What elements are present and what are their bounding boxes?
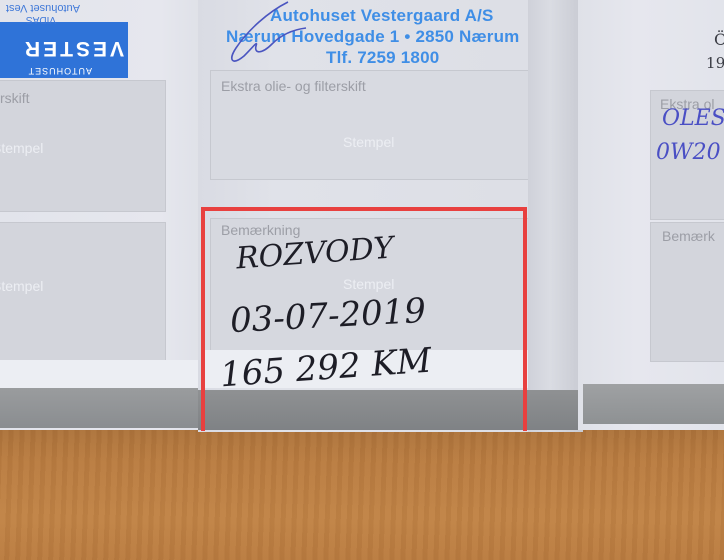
stamp-placeholder-1: Stempel	[343, 134, 394, 150]
left-page-margin	[0, 360, 200, 388]
dealer-logo-tag: VIDAS	[26, 14, 56, 25]
dealer-stamp-phone: Tlf. 7259 1800	[326, 48, 439, 68]
extra-service-label: Ekstra olie- og filterskift	[221, 78, 366, 94]
dealer-logo-subtext: AUTOHUSET	[28, 66, 92, 76]
left-stamp-placeholder-2: Stempel	[0, 278, 43, 294]
left-page: VESTER AUTOHUSET Autohuset Vest VIDAS rs…	[0, 0, 200, 430]
left-field-label: rskift	[0, 90, 30, 106]
middle-page-fold	[528, 0, 583, 432]
right-handwritten-line2: 0W20	[656, 140, 721, 165]
right-handwritten-line1: OLES	[662, 106, 724, 131]
right-page: Ö 19 Ekstra ol OLES 0W20 Bemærk	[578, 0, 724, 430]
right-stamp-year: 19	[706, 54, 724, 72]
photo-scene: VESTER AUTOHUSET Autohuset Vest VIDAS rs…	[0, 0, 724, 560]
left-stamp-placeholder-1: Stempel	[0, 140, 43, 156]
right-page-bottom-band	[583, 384, 724, 424]
right-stamp-char: Ö	[714, 30, 724, 49]
signature-icon	[218, 0, 318, 70]
red-highlight-frame	[201, 207, 527, 431]
wooden-table	[0, 420, 724, 560]
dealer-logo-name: VESTER	[22, 36, 124, 60]
right-remark-label: Bemærk	[662, 228, 715, 244]
dealer-logo-upper-text: Autohuset Vest	[6, 2, 80, 14]
dealer-logo-stamp: VESTER AUTOHUSET	[0, 22, 128, 78]
left-page-bottom-band	[0, 388, 200, 428]
